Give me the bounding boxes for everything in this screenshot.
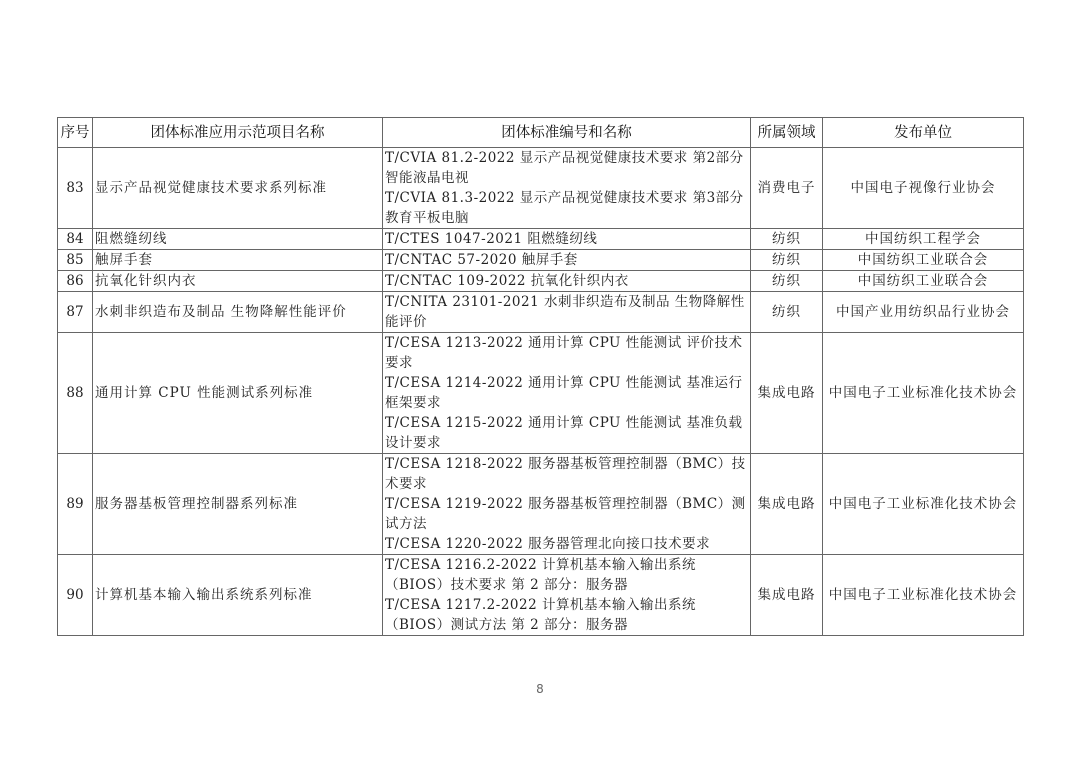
row-standards: T/CNTAC 109-2022 抗氧化针织内衣 <box>383 271 751 292</box>
standard-entry: T/CVIA 81.3-2022 显示产品视觉健康技术要求 第3部分 教育平板电… <box>385 188 748 228</box>
row-project-name: 抗氧化针织内衣 <box>93 271 383 292</box>
row-project-name: 通用计算 CPU 性能测试系列标准 <box>93 333 383 454</box>
row-field: 纺织 <box>751 271 823 292</box>
row-standards: T/CVIA 81.2-2022 显示产品视觉健康技术要求 第2部分 智能液晶电… <box>383 148 751 229</box>
standard-entry: T/CESA 1215-2022 通用计算 CPU 性能测试 基准负载设计要求 <box>385 413 748 453</box>
standard-entry: T/CESA 1213-2022 通用计算 CPU 性能测试 评价技术要求 <box>385 333 748 373</box>
row-project-name: 触屏手套 <box>93 250 383 271</box>
row-org: 中国电子工业标准化技术协会 <box>823 555 1024 636</box>
row-standards: T/CNITA 23101-2021 水刺非织造布及制品 生物降解性能评价 <box>383 292 751 333</box>
row-standards: T/CESA 1213-2022 通用计算 CPU 性能测试 评价技术要求 T/… <box>383 333 751 454</box>
row-field: 集成电路 <box>751 454 823 555</box>
row-no: 84 <box>58 229 93 250</box>
standard-entry: T/CESA 1219-2022 服务器基板管理控制器（BMC）测试方法 <box>385 494 748 534</box>
standard-entry: T/CESA 1220-2022 服务器管理北向接口技术要求 <box>385 534 748 554</box>
standard-entry: T/CESA 1218-2022 服务器基板管理控制器（BMC）技术要求 <box>385 454 748 494</box>
table-row: 83 显示产品视觉健康技术要求系列标准 T/CVIA 81.2-2022 显示产… <box>58 148 1024 229</box>
table-row: 89 服务器基板管理控制器系列标准 T/CESA 1218-2022 服务器基板… <box>58 454 1024 555</box>
row-standards: T/CESA 1216.2-2022 计算机基本输入输出系统（BIOS）技术要求… <box>383 555 751 636</box>
page-number: 8 <box>0 682 1080 696</box>
table-header-row: 序号 团体标准应用示范项目名称 团体标准编号和名称 所属领域 发布单位 <box>58 118 1024 148</box>
standard-entry: T/CTES 1047-2021 阻燃缝纫线 <box>385 229 748 249</box>
row-no: 89 <box>58 454 93 555</box>
row-field: 纺织 <box>751 229 823 250</box>
row-org: 中国纺织工程学会 <box>823 229 1024 250</box>
row-no: 85 <box>58 250 93 271</box>
row-org: 中国产业用纺织品行业协会 <box>823 292 1024 333</box>
header-org: 发布单位 <box>823 118 1024 148</box>
row-no: 88 <box>58 333 93 454</box>
standard-entry: T/CNTAC 109-2022 抗氧化针织内衣 <box>385 271 748 291</box>
row-org: 中国电子视像行业协会 <box>823 148 1024 229</box>
row-field: 消费电子 <box>751 148 823 229</box>
row-no: 83 <box>58 148 93 229</box>
standard-entry: T/CESA 1217.2-2022 计算机基本输入输出系统（BIOS）测试方法… <box>385 595 748 635</box>
row-standards: T/CESA 1218-2022 服务器基板管理控制器（BMC）技术要求 T/C… <box>383 454 751 555</box>
standard-entry: T/CVIA 81.2-2022 显示产品视觉健康技术要求 第2部分 智能液晶电… <box>385 148 748 188</box>
table-row: 84 阻燃缝纫线 T/CTES 1047-2021 阻燃缝纫线 纺织 中国纺织工… <box>58 229 1024 250</box>
row-project-name: 计算机基本输入输出系统系列标准 <box>93 555 383 636</box>
row-project-name: 阻燃缝纫线 <box>93 229 383 250</box>
header-standard: 团体标准编号和名称 <box>383 118 751 148</box>
row-org: 中国纺织工业联合会 <box>823 250 1024 271</box>
standards-table: 序号 团体标准应用示范项目名称 团体标准编号和名称 所属领域 发布单位 83 显… <box>57 117 1024 636</box>
table-row: 87 水刺非织造布及制品 生物降解性能评价 T/CNITA 23101-2021… <box>58 292 1024 333</box>
standard-entry: T/CESA 1216.2-2022 计算机基本输入输出系统（BIOS）技术要求… <box>385 555 748 595</box>
header-project-name: 团体标准应用示范项目名称 <box>93 118 383 148</box>
row-no: 90 <box>58 555 93 636</box>
row-standards: T/CTES 1047-2021 阻燃缝纫线 <box>383 229 751 250</box>
row-standards: T/CNTAC 57-2020 触屏手套 <box>383 250 751 271</box>
row-project-name: 显示产品视觉健康技术要求系列标准 <box>93 148 383 229</box>
table-row: 90 计算机基本输入输出系统系列标准 T/CESA 1216.2-2022 计算… <box>58 555 1024 636</box>
row-field: 集成电路 <box>751 555 823 636</box>
row-project-name: 服务器基板管理控制器系列标准 <box>93 454 383 555</box>
row-field: 集成电路 <box>751 333 823 454</box>
header-field: 所属领域 <box>751 118 823 148</box>
table-row: 88 通用计算 CPU 性能测试系列标准 T/CESA 1213-2022 通用… <box>58 333 1024 454</box>
standard-entry: T/CESA 1214-2022 通用计算 CPU 性能测试 基准运行框架要求 <box>385 373 748 413</box>
table-row: 85 触屏手套 T/CNTAC 57-2020 触屏手套 纺织 中国纺织工业联合… <box>58 250 1024 271</box>
standard-entry: T/CNITA 23101-2021 水刺非织造布及制品 生物降解性能评价 <box>385 292 748 332</box>
row-no: 87 <box>58 292 93 333</box>
row-org: 中国电子工业标准化技术协会 <box>823 333 1024 454</box>
row-project-name: 水刺非织造布及制品 生物降解性能评价 <box>93 292 383 333</box>
table-row: 86 抗氧化针织内衣 T/CNTAC 109-2022 抗氧化针织内衣 纺织 中… <box>58 271 1024 292</box>
row-field: 纺织 <box>751 250 823 271</box>
header-no: 序号 <box>58 118 93 148</box>
row-field: 纺织 <box>751 292 823 333</box>
row-org: 中国电子工业标准化技术协会 <box>823 454 1024 555</box>
row-no: 86 <box>58 271 93 292</box>
standard-entry: T/CNTAC 57-2020 触屏手套 <box>385 250 748 270</box>
row-org: 中国纺织工业联合会 <box>823 271 1024 292</box>
